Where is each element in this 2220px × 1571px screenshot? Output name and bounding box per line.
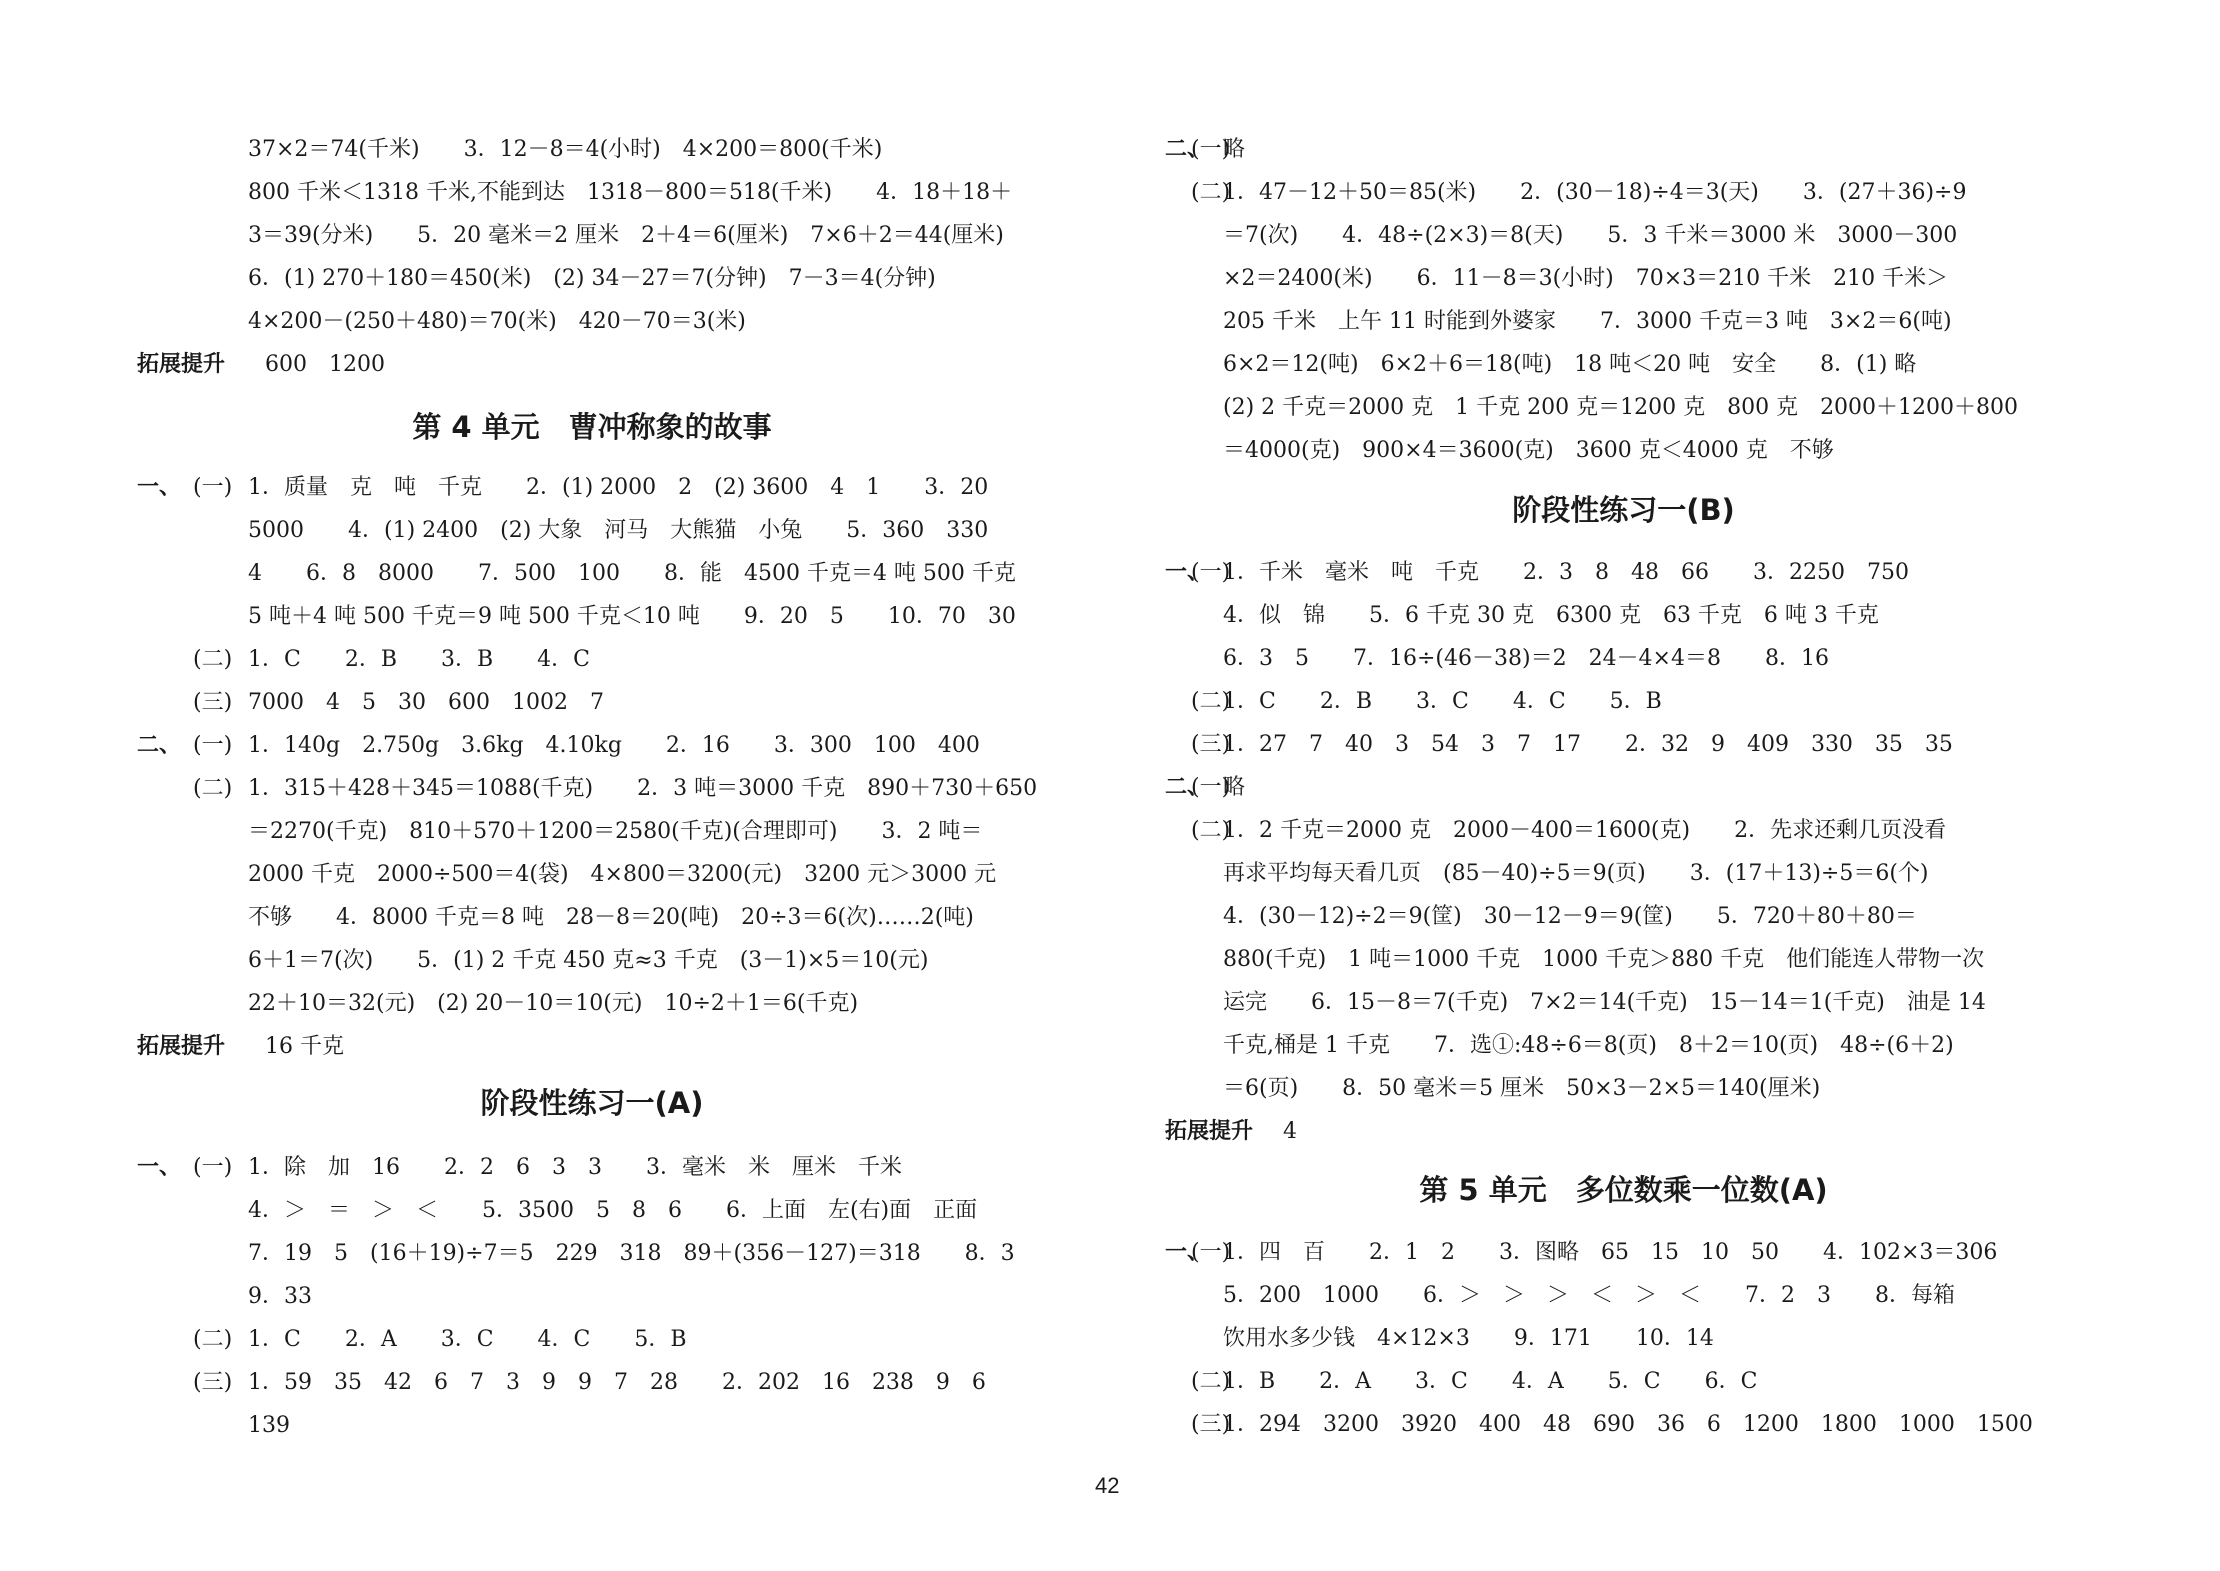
answer-line: 37×2＝74(千米) 3．12－8＝4(小时) 4×200＝800(千米) [248,128,882,171]
answer-text: 1．27 7 40 3 54 3 7 17 2．32 9 409 330 35 … [1223,723,1953,766]
subpart-label: (二) [193,1318,232,1361]
answer-text: 1．C 2．B 3．B 4．C [248,638,590,681]
answer-line: 205 千米 上午 11 时能到外婆家 7．3000 千克＝3 吨 3×2＝6(… [1223,300,1952,343]
answer-row: (二) 1．C 2．B 3．C 4．C 5．B [1165,680,2082,723]
section-title: 第 4 单元 曹冲称象的故事 [137,402,1047,452]
answer-line: 4 6．8 8000 7．500 100 8．能 4500 千克＝4 吨 500… [248,552,1016,595]
extension-label: 拓展提升 [137,343,225,386]
answer-line: ＝6(页) 8．50 毫米＝5 厘米 50×3－2×5＝140(厘米) [1223,1067,1820,1110]
answer-line: 6．3 5 7．16÷(46－38)＝2 24－4×4＝8 8．16 [1223,637,1829,680]
answer-line: 3＝39(分米) 5．20 毫米＝2 厘米 2＋4＝6(厘米) 7×6＋2＝44… [248,214,1004,257]
answer-line: 5 吨＋4 吨 500 千克＝9 吨 500 千克＜10 吨 9．20 5 10… [248,595,1016,638]
answer-line: 2000 千克 2000÷500＝4(袋) 4×800＝3200(元) 3200… [248,853,996,896]
extension-row: 拓展提升 16 千克 [137,1025,1037,1068]
page-number: 42 [1095,1473,1119,1499]
answer-row: 二、 (一) 略 [1165,128,2082,171]
answer-text: 略 [1223,766,1245,809]
answer-text: 略 [1223,128,1245,171]
answer-row: (二) 1．B 2．A 3．C 4．A 5．C 6．C [1165,1360,2082,1403]
answer-line: 4．似 锦 5．6 千克 30 克 6300 克 63 千克 6 吨 3 千克 [1223,594,1879,637]
answer-line: 6×2＝12(吨) 6×2＋6＝18(吨) 18 吨＜20 吨 安全 8．(1)… [1223,343,1916,386]
extension-label: 拓展提升 [1165,1110,1253,1153]
answer-text: 1．千米 毫米 吨 千克 2．3 8 48 66 3．2250 750 [1223,551,1909,594]
answer-line: ＝7(次) 4．48÷(2×3)＝8(天) 5．3 千米＝3000 米 3000… [1223,214,1957,257]
answer-text: 1．140g 2.750g 3.6kg 4.10kg 2．16 3．300 10… [248,724,980,767]
answer-row: (三) 1．294 3200 3920 400 48 690 36 6 1200… [1165,1403,2082,1446]
subpart-label: (二) [193,767,232,810]
answer-line: 饮用水多少钱 4×12×3 9．171 10．14 [1223,1317,1714,1360]
answer-line: ＝4000(克) 900×4＝3600(克) 3600 克＜4000 克 不够 [1223,429,1834,472]
answer-text: 1．47－12＋50＝85(米) 2．(30－18)÷4＝3(天) 3．(27＋… [1223,171,1966,214]
answer-line: 22＋10＝32(元) (2) 20－10＝10(元) 10÷2＋1＝6(千克) [248,982,858,1025]
answer-line: 4．(30－12)÷2＝9(筐) 30－12－9＝9(筐) 5．720＋80＋8… [1223,895,1917,938]
answer-line: 不够 4．8000 千克＝8 吨 28－8＝20(吨) 20÷3＝6(次)……2… [248,896,974,939]
section-title: 阶段性练习一(B) [1165,485,2082,535]
answer-row: (二) 1．315＋428＋345＝1088(千克) 2．3 吨＝3000 千克… [137,767,1047,810]
subpart-label: (二) [193,638,232,681]
answer-line: 6＋1＝7(次) 5．(1) 2 千克 450 克≈3 千克 (3－1)×5＝1… [248,939,928,982]
subpart-label: (一) [193,466,232,509]
extension-value: 4 [1283,1110,1297,1153]
answer-text: 1．315＋428＋345＝1088(千克) 2．3 吨＝3000 千克 890… [248,767,1037,810]
answer-row: (二) 1．2 千克＝2000 克 2000－400＝1600(克) 2．先求还… [1165,809,2082,852]
answer-line: 5000 4．(1) 2400 (2) 大象 河马 大熊猫 小兔 5．360 3… [248,509,988,552]
answer-line: 9．33 [248,1275,312,1318]
answer-line: 800 千米＜1318 千米,不能到达 1318－800＝518(千米) 4．1… [248,171,1012,214]
answer-row: (二) 1．C 2．B 3．B 4．C [137,638,1047,681]
answer-line: 6．(1) 270＋180＝450(米) (2) 34－27＝7(分钟) 7－3… [248,257,936,300]
answer-line: 4×200－(250＋480)＝70(米) 420－70＝3(米) [248,300,746,343]
part-label: 二、 [137,724,181,767]
answer-text: 1．59 35 42 6 7 3 9 9 7 28 2．202 16 238 9… [248,1361,986,1404]
answer-text: 1．四 百 2．1 2 3．图略 65 15 10 50 4．102×3＝306 [1223,1231,1997,1274]
section-title: 第 5 单元 多位数乘一位数(A) [1165,1165,2082,1215]
answer-line: 880(千克) 1 吨＝1000 千克 1000 千克＞880 千克 他们能连人… [1223,938,1984,981]
extension-row: 拓展提升 4 [1165,1110,2065,1153]
answer-line: ×2＝2400(米) 6．11－8＝3(小时) 70×3＝210 千米 210 … [1223,257,1948,300]
answer-text: 1．C 2．B 3．C 4．C 5．B [1223,680,1662,723]
answer-row: 一、 (一) 1．质量 克 吨 千克 2．(1) 2000 2 (2) 3600… [137,466,1047,509]
answer-line: 139 [248,1404,290,1447]
answer-line: (2) 2 千克＝2000 克 1 千克 200 克＝1200 克 800 克 … [1223,386,2018,429]
answer-row: 一、 (一) 1．四 百 2．1 2 3．图略 65 15 10 50 4．10… [1165,1231,2082,1274]
part-label: 一、 [137,1146,181,1189]
subpart-label: (三) [193,681,232,724]
extension-value: 16 千克 [265,1025,344,1068]
extension-label: 拓展提升 [137,1025,225,1068]
answer-text: 1．质量 克 吨 千克 2．(1) 2000 2 (2) 3600 4 1 3．… [248,466,988,509]
subpart-label: (一) [193,1146,232,1189]
answer-row: (二) 1．47－12＋50＝85(米) 2．(30－18)÷4＝3(天) 3．… [1165,171,2082,214]
answer-text: 1．2 千克＝2000 克 2000－400＝1600(克) 2．先求还剩几页没… [1223,809,1946,852]
answer-line: 再求平均每天看几页 (85－40)÷5＝9(页) 3．(17＋13)÷5＝6(个… [1223,852,1929,895]
answer-text: 1．B 2．A 3．C 4．A 5．C 6．C [1223,1360,1757,1403]
answer-text: 1．294 3200 3920 400 48 690 36 6 1200 180… [1223,1403,2033,1446]
subpart-label: (一) [193,724,232,767]
extension-row: 拓展提升 600 1200 [137,343,1037,386]
answer-row: 一、 (一) 1．千米 毫米 吨 千克 2．3 8 48 66 3．2250 7… [1165,551,2082,594]
answer-text: 1．C 2．A 3．C 4．C 5．B [248,1318,687,1361]
answer-line: ＝2270(千克) 810＋570＋1200＝2580(千克)(合理即可) 3．… [248,810,982,853]
answer-text: 1．除 加 16 2．2 6 3 3 3．毫米 米 厘米 千米 [248,1146,902,1189]
answer-line: 4．＞ ＝ ＞ ＜ 5．3500 5 8 6 6．上面 左(右)面 正面 [248,1189,977,1232]
answer-line: 5．200 1000 6．＞ ＞ ＞ ＜ ＞ ＜ 7．2 3 8．每箱 [1223,1274,1955,1317]
answer-row: 二、 (一) 1．140g 2.750g 3.6kg 4.10kg 2．16 3… [137,724,1047,767]
answer-line: 运完 6．15－8＝7(千克) 7×2＝14(千克) 15－14＝1(千克) 油… [1223,981,1986,1024]
answer-row: (三) 1．59 35 42 6 7 3 9 9 7 28 2．202 16 2… [137,1361,1047,1404]
answer-row: (三) 7000 4 5 30 600 1002 7 [137,681,1047,724]
answer-row: 一、 (一) 1．除 加 16 2．2 6 3 3 3．毫米 米 厘米 千米 [137,1146,1047,1189]
subpart-label: (三) [193,1361,232,1404]
answer-text: 7000 4 5 30 600 1002 7 [248,681,604,724]
section-title: 阶段性练习一(A) [137,1078,1047,1128]
part-label: 一、 [137,466,181,509]
answer-row: 二、 (一) 略 [1165,766,2082,809]
answer-line: 千克,桶是 1 千克 7．选①:48÷6＝8(页) 8＋2＝10(页) 48÷(… [1223,1024,1954,1067]
answer-line: 7．19 5 (16＋19)÷7＝5 229 318 89＋(356－127)＝… [248,1232,1015,1275]
extension-value: 600 1200 [265,343,385,386]
answer-row: (三) 1．27 7 40 3 54 3 7 17 2．32 9 409 330… [1165,723,2082,766]
answer-row: (二) 1．C 2．A 3．C 4．C 5．B [137,1318,1047,1361]
